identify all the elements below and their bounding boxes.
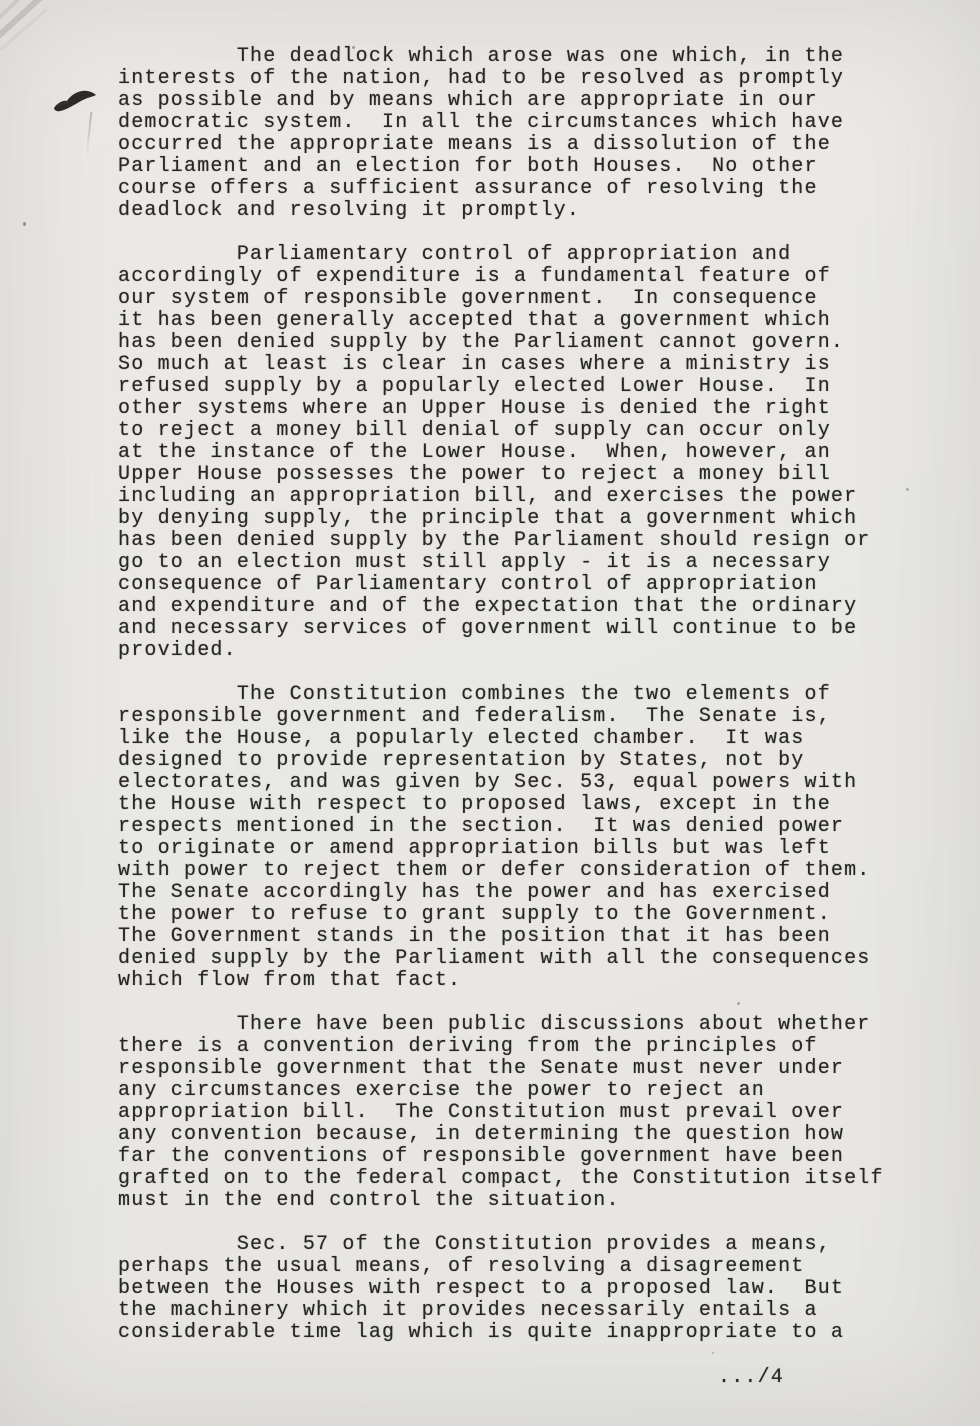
paragraph-constitution-elements: The Constitution combines the two elemen… <box>118 684 918 992</box>
paper-speck <box>23 222 26 226</box>
paragraph-public-discussions: There have been public discussions about… <box>118 1014 918 1212</box>
paragraph-sec57: Sec. 57 of the Constitution provides a m… <box>118 1234 918 1344</box>
paragraph-parliamentary-control: Parliamentary control of appropriation a… <box>118 244 918 662</box>
smudge-scratch <box>86 112 93 156</box>
paragraph-deadlock: The deadlock which arose was one which, … <box>118 46 918 222</box>
body-text: The deadlock which arose was one which, … <box>118 46 918 1366</box>
corner-crease-mark <box>0 0 92 90</box>
page-continuation-marker: .../4 <box>718 1366 784 1389</box>
document-page: The deadlock which arose was one which, … <box>0 0 980 1426</box>
